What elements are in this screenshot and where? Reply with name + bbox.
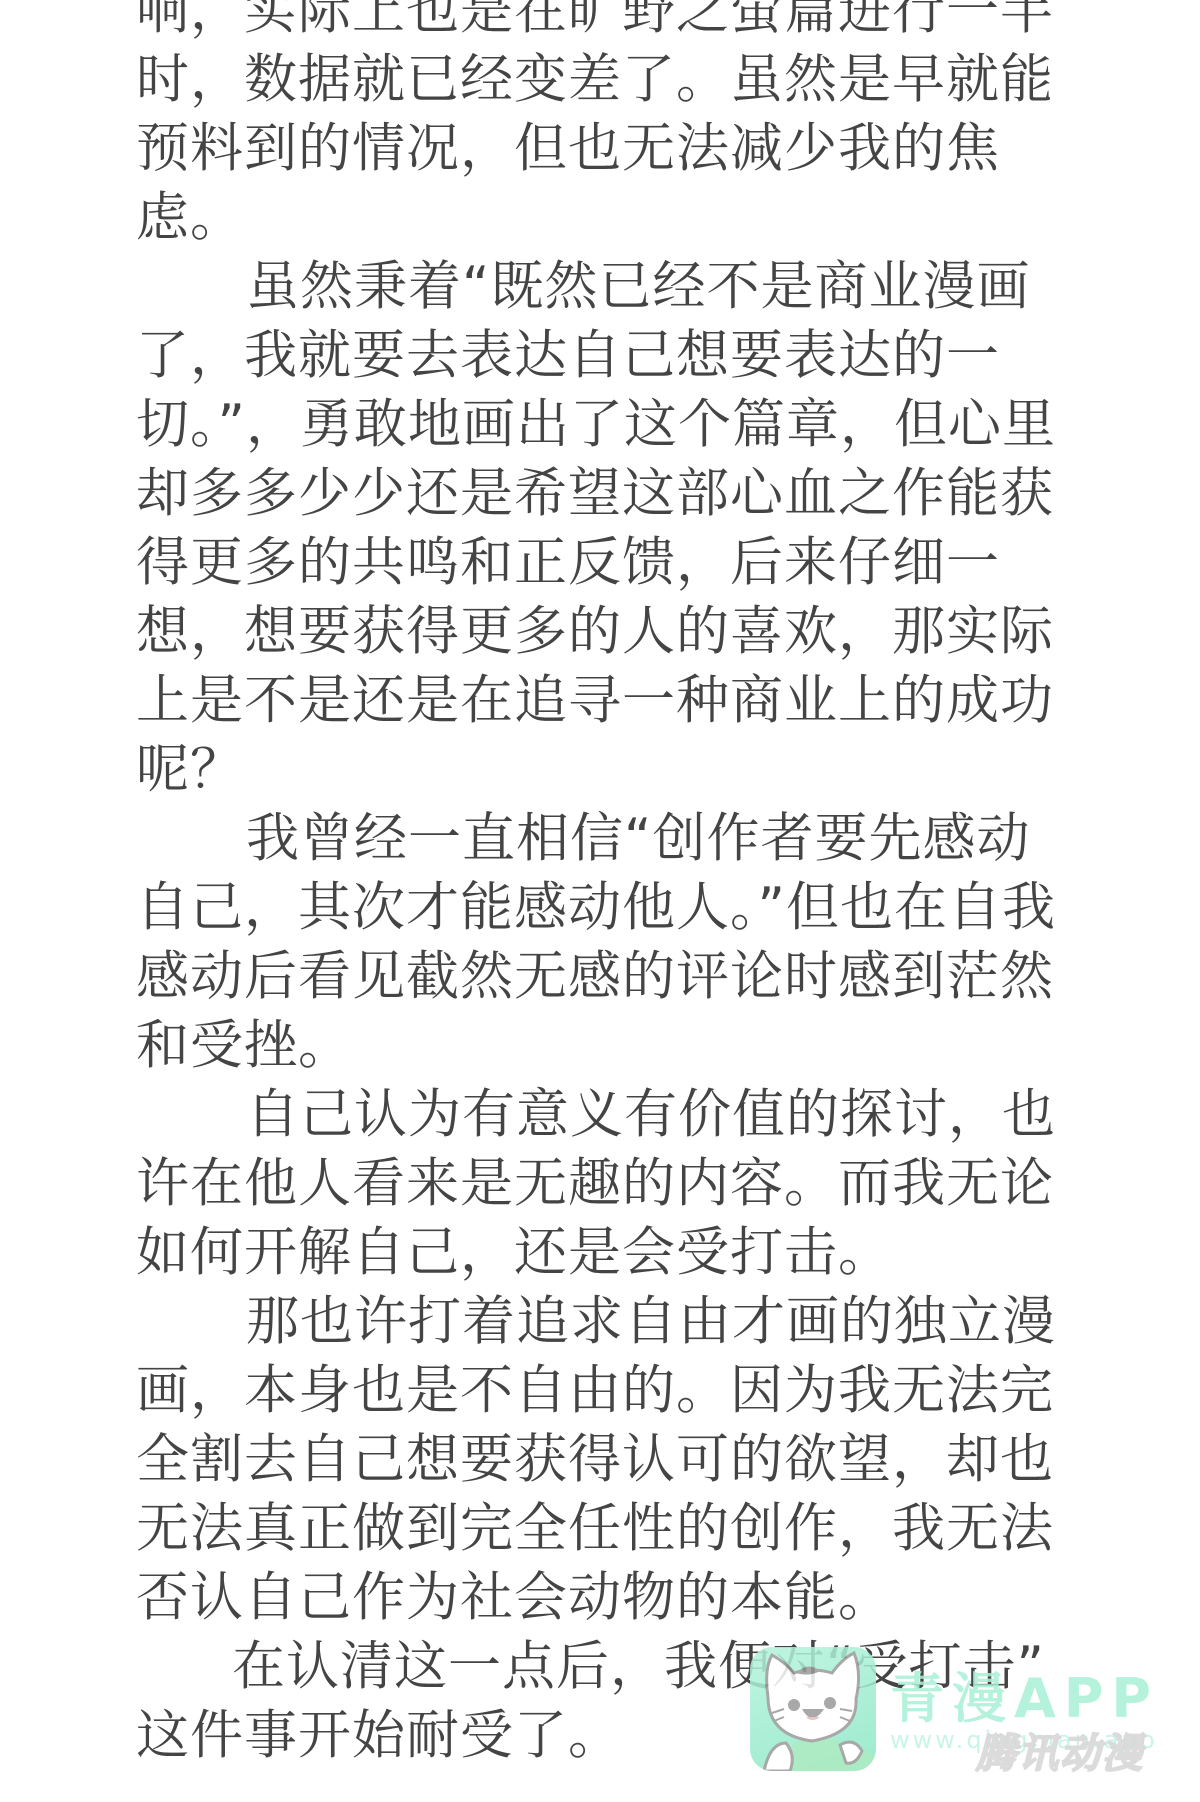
paragraph-line: 却多多少少还是希望这部心血之作能获 xyxy=(136,459,1076,528)
paragraph-first-line: 虽然秉着“既然已经不是商业漫画 xyxy=(136,252,1076,321)
paragraph-line: 这件事开始耐受了。 xyxy=(136,1701,1076,1770)
paragraph-first-line: 我曾经一直相信“创作者要先感动 xyxy=(136,804,1076,873)
paragraph-line: 许在他人看来是无趣的内容。而我无论 xyxy=(136,1149,1076,1218)
paragraph-line: 虑。 xyxy=(136,183,1076,252)
paragraph-line: 上是不是还是在追寻一种商业上的成功 xyxy=(136,666,1076,735)
paragraph-line: 了，我就要去表达自己想要表达的一 xyxy=(136,321,1076,390)
paragraph-line: 呢？ xyxy=(136,735,1076,804)
article-body: 响，实际上也是在旷野之萤篇进行一半 时，数据就已经变差了。虽然是早就能 预料到的… xyxy=(136,0,1076,1770)
paragraph-line: 自己，其次才能感动他人。”但也在自我 xyxy=(136,873,1076,942)
paragraph-line: 如何开解自己，还是会受打击。 xyxy=(136,1218,1076,1287)
paragraph-line: 响，实际上也是在旷野之萤篇进行一半 xyxy=(136,0,1076,45)
paragraph-first-line: 在认清这一点后，我便对“受打击” xyxy=(136,1632,1076,1701)
paragraph-first-line: 自己认为有意义有价值的探讨，也 xyxy=(136,1080,1076,1149)
paragraph-line: 全割去自己想要获得认可的欲望，却也 xyxy=(136,1425,1076,1494)
paragraph-line: 否认自己作为社会动物的本能。 xyxy=(136,1563,1076,1632)
paragraph-first-line: 那也许打着追求自由才画的独立漫 xyxy=(136,1287,1076,1356)
paragraph-line: 无法真正做到完全任性的创作，我无法 xyxy=(136,1494,1076,1563)
paragraph-line: 切。”，勇敢地画出了这个篇章，但心里 xyxy=(136,390,1076,459)
paragraph-line: 时，数据就已经变差了。虽然是早就能 xyxy=(136,45,1076,114)
paragraph-line: 和受挫。 xyxy=(136,1011,1076,1080)
paragraph-line: 画，本身也是不自由的。因为我无法完 xyxy=(136,1356,1076,1425)
paragraph-line: 得更多的共鸣和正反馈，后来仔细一 xyxy=(136,528,1076,597)
paragraph-line: 感动后看见截然无感的评论时感到茫然 xyxy=(136,942,1076,1011)
paragraph-line: 预料到的情况，但也无法减少我的焦 xyxy=(136,114,1076,183)
article-page: 响，实际上也是在旷野之萤篇进行一半 时，数据就已经变差了。虽然是早就能 预料到的… xyxy=(0,0,1200,1802)
paragraph-line: 想，想要获得更多的人的喜欢，那实际 xyxy=(136,597,1076,666)
